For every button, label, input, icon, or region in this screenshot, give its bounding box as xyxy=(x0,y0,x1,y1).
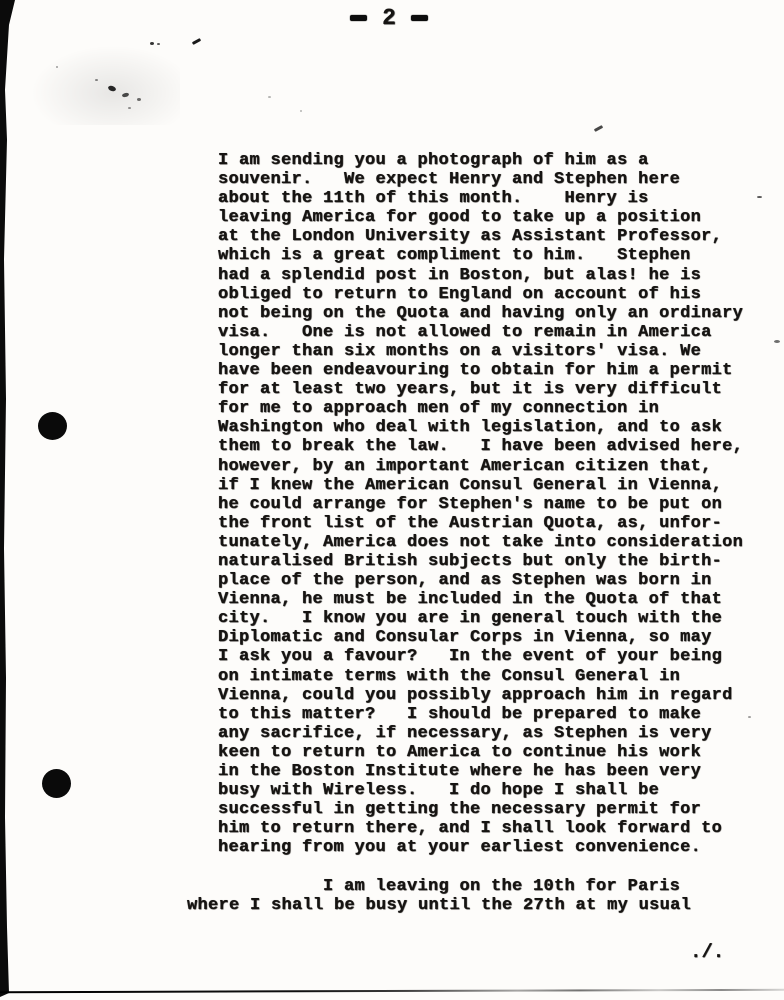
letter-body: I am sending you a photograph of him as … xyxy=(218,151,743,915)
letter-line: place of the person, and as Stephen was … xyxy=(218,571,743,590)
letter-line: Vienna, could you possibly approach him … xyxy=(218,686,743,705)
letter-line: about the 11th of this month. Henry is xyxy=(218,189,743,208)
letter-line: obliged to return to England on account … xyxy=(218,285,743,304)
continuation-mark: ./. xyxy=(690,941,724,963)
ink-speck xyxy=(594,125,603,132)
ink-speck xyxy=(192,38,201,45)
letter-line: I am leaving on the 10th for Paris xyxy=(218,877,743,896)
letter-line: which is a great compliment to him. Step… xyxy=(218,246,743,265)
letter-line: the front list of the Austrian Quota, as… xyxy=(218,514,743,533)
letter-line: to this matter? I should be prepared to … xyxy=(218,705,743,724)
letter-line: I am sending you a photograph of him as … xyxy=(218,151,743,170)
ink-speck xyxy=(150,42,154,45)
letter-line: successful in getting the necessary perm… xyxy=(218,800,743,819)
letter-line: Vienna, he must be included in the Quota… xyxy=(218,590,743,609)
letter-line: if I knew the American Consul General in… xyxy=(218,476,743,495)
letter-line: on intimate terms with the Consul Genera… xyxy=(218,667,743,686)
letter-line: where I shall be busy until the 27th at … xyxy=(187,896,743,915)
page-number-dash xyxy=(350,15,367,21)
letter-line: tunately, America does not take into con… xyxy=(218,533,743,552)
letter-line: had a splendid post in Boston, but alas!… xyxy=(218,266,743,285)
hole-punch-mark xyxy=(42,769,71,798)
hole-punch-mark xyxy=(38,412,67,440)
letter-line: at the London University as Assistant Pr… xyxy=(218,227,743,246)
ink-speck xyxy=(128,107,131,109)
ink-speck xyxy=(157,43,160,45)
page-bottom-edge xyxy=(0,989,784,994)
letter-line: them to break the law. I have been advis… xyxy=(218,437,743,456)
letter-line: keen to return to America to continue hi… xyxy=(218,743,743,762)
letter-line: have been endeavouring to obtain for him… xyxy=(218,361,743,380)
letter-line: longer than six months on a visitors' vi… xyxy=(218,342,743,361)
scanned-letter-page: 2 I am sending you a photograph of him a… xyxy=(0,0,784,1000)
letter-line: him to return there, and I shall look fo… xyxy=(218,819,743,838)
letter-line: naturalised British subjects but only th… xyxy=(218,552,743,571)
ink-speck xyxy=(95,79,98,81)
page-number-dash xyxy=(411,15,428,21)
ink-smudge xyxy=(30,45,180,125)
ink-speck xyxy=(268,96,271,98)
letter-line: leaving America for good to take up a po… xyxy=(218,208,743,227)
ink-speck xyxy=(757,196,762,198)
ink-speck xyxy=(748,716,751,718)
ink-speck xyxy=(56,66,58,68)
letter-line: busy with Wireless. I do hope I shall be xyxy=(218,781,743,800)
letter-line: Diplomatic and Consular Corps in Vienna,… xyxy=(218,628,743,647)
letter-line: for me to approach men of my connection … xyxy=(218,399,743,418)
letter-line: in the Boston Institute where he has bee… xyxy=(218,762,743,781)
letter-line: for at least two years, but it is very d… xyxy=(218,380,743,399)
letter-line: Washington who deal with legislation, an… xyxy=(218,418,743,437)
letter-line: not being on the Quota and having only a… xyxy=(218,304,743,323)
page-left-edge xyxy=(0,0,16,997)
letter-line: souvenir. We expect Henry and Stephen he… xyxy=(218,170,743,189)
ink-speck xyxy=(774,340,780,343)
ink-speck xyxy=(137,98,141,101)
page-number: 2 xyxy=(350,5,428,31)
letter-line: visa. One is not allowed to remain in Am… xyxy=(218,323,743,342)
letter-line: any sacrifice, if necessary, as Stephen … xyxy=(218,724,743,743)
letter-line: however, by an important American citize… xyxy=(218,457,743,476)
letter-line: he could arrange for Stephen's name to b… xyxy=(218,495,743,514)
letter-line: city. I know you are in general touch wi… xyxy=(218,609,743,628)
letter-line: hearing from you at your earliest conven… xyxy=(218,838,743,857)
page-number-value: 2 xyxy=(382,5,396,31)
ink-speck xyxy=(300,110,302,112)
letter-line: I ask you a favour? In the event of your… xyxy=(218,647,743,666)
letter-line-blank xyxy=(218,857,743,876)
